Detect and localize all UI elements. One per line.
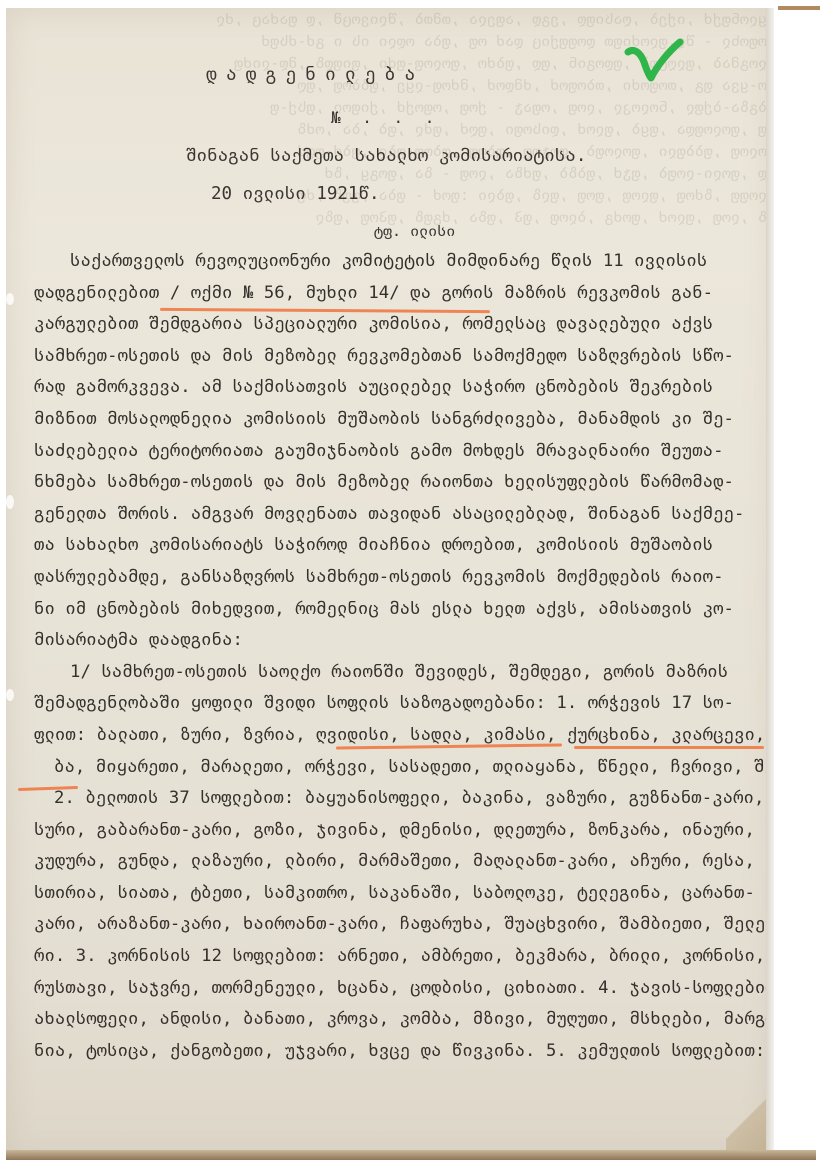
body-line: სთირია, სიათა, ტბეთი, სამკითრო, საკანაში…	[34, 878, 772, 910]
body-line: შემადგენლობაში ყოფილი შვიდი სოფლის საზოგ…	[34, 688, 772, 720]
green-check-mark-icon	[624, 38, 684, 84]
body-line: ნხმება სამხრეთ-ოსეთის და მის მეზობელ რაი…	[34, 467, 772, 499]
body-line: გენელთა შორის. ამგვარ მოვლენათა თავიდან …	[34, 499, 772, 531]
paper-hole	[6, 689, 14, 701]
document-issuer: შინაგან საქმეთა სახალხო კომისარიატისა.	[186, 146, 586, 166]
body-line: ნი იმ ცნობების მიხედვით, რომელნიც მას ეს…	[34, 594, 772, 626]
body-line: კარი, არაზანთ-კარი, ხაიროანთ-კარი, ჩაფარ…	[34, 909, 772, 941]
body-line: ახალსოფელი, ანდისი, ბანათი, კროვა, კომბა…	[34, 1004, 772, 1036]
body-line: სამხრეთ-ოსეთის და მის მეზობელ რევკომებთა…	[34, 341, 772, 373]
paper-hole	[6, 495, 14, 509]
document-place: ტფ. ილისი	[374, 222, 455, 240]
body-line: მიზნით მოსალოდნელია კომისიის მუშაობის სა…	[34, 404, 772, 436]
body-line: ბა, მიყარეთი, მარალეთი, ორჭევი, სასადეთი…	[34, 752, 772, 784]
paper-bottom-edge	[6, 1150, 816, 1160]
body-line: საძლებელია ტერიტორიათა გაუმიჯნაობის გამო…	[34, 436, 772, 468]
body-line: რად გამორკვევა. ამ საქმისათვის აუცილებელ…	[34, 372, 772, 404]
body-line: დასრულებამდე, განსაზღვროს სამხრეთ-ოსეთის…	[34, 562, 772, 594]
paper-hole	[6, 293, 14, 305]
body-line: თა სახალხო კომისარიატს საჭიროდ მიაჩნია დ…	[34, 530, 772, 562]
document-title: დადგენილება	[206, 64, 424, 85]
body-line: კუდურა, გუნდა, ლაზაური, ლბირი, მარმაშეთი…	[34, 846, 772, 878]
body-line: კარგულებით შემდგარია სპეციალური კომისია,…	[34, 309, 772, 341]
paper-sheet: ძყლონფქძ ,იქებ ,ღასიფდ ,ეგდ ,აფელა ,თმთბ…	[6, 8, 772, 1160]
body-line: რუსთავი, საჯვრე, თორმენეული, ხცანა, ცოდბ…	[34, 973, 772, 1005]
body-line: დადგენილებით / ოქმი № 56, მუხლი 14/ და გ…	[34, 278, 772, 310]
scanned-document: ძყლონფქძ ,იქებ ,ღასიფდ ,ეგდ ,აფელა ,თმთბ…	[0, 0, 827, 1169]
body-line: სური, გაბარანთ-კარი, გოზი, ჯივინა, დმენი…	[34, 815, 772, 847]
folder-tab	[778, 6, 820, 10]
red-underline-mark	[574, 746, 764, 749]
document-body: საქართველოს რევოლუციონური კომიტეტის მიმდ…	[34, 246, 772, 1067]
body-line: მისარიატმა დაადგინა:	[34, 625, 772, 657]
body-line: ნია, ტოსიცა, ქანგობეთი, უჯვარი, ხვცე და …	[34, 1036, 772, 1068]
body-line: რი. 3. კორნისის 12 სოფლებით: არნეთი, ამბ…	[34, 941, 772, 973]
body-line: 1/ სამხრეთ-ოსეთის საოლქო რაიონში შევიდეს…	[34, 657, 772, 689]
body-line: 2. ბელოთის 37 სოფლებით: ბაყუანისოფელი, ბ…	[34, 783, 772, 815]
paper-edge	[766, 8, 774, 1160]
document-date: 20 ივლისი 1921წ.	[211, 184, 380, 204]
body-line: საქართველოს რევოლუციონური კომიტეტის მიმდ…	[34, 246, 772, 278]
document-number: № . . .	[331, 108, 440, 127]
